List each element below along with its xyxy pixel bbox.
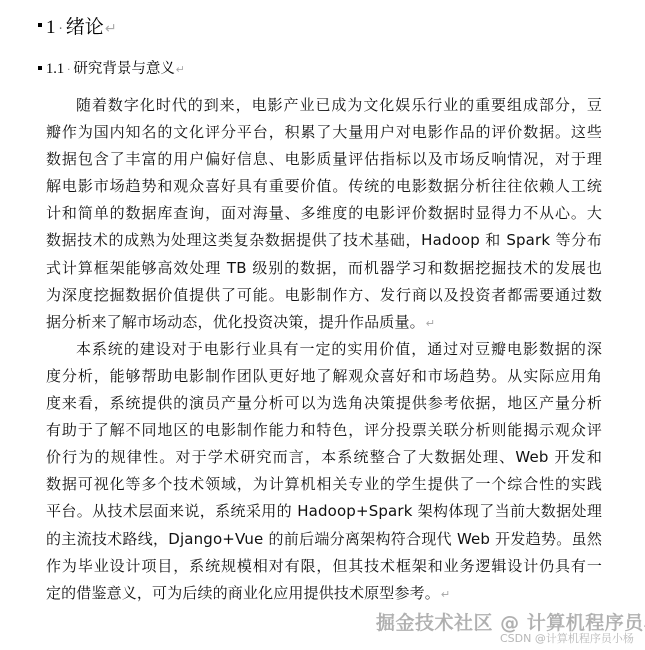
text-line: 瓣作为国内知名的文化评分平台，积累了大量用户对电影作品的评价数据。这些 [46,119,602,146]
paragraph-mark-icon: ↵ [105,21,117,37]
text-line: 平台。从技术层面来说，系统采用的 Hadoop+Spark 架构体现了当前大数据… [46,498,602,525]
text-line: 为深度挖掘数据价值提供了可能。电影制作方、发行商以及投资者都需要通过数 [46,282,602,309]
text-line: 计和简单的数据库查询，面对海量、多维度的电影评价数据时显得力不从心。大 [46,200,602,227]
watermark-csdn: CSDN @计算机程序员小杨 [500,630,634,646]
heading-1-title: 绪论 [66,16,104,38]
text-line: 数据包含了丰富的用户偏好信息、电影质量评估指标以及市场反响情况，对于理 [46,146,602,173]
text-line: 式计算框架能够高效处理 TB 级别的数据，而机器学习和数据挖掘技术的发展也 [46,255,602,282]
paragraph-mark-icon: ↵ [176,63,185,76]
text-line: 随着数字化时代的到来，电影产业已成为文化娱乐行业的重要组成部分，豆 [46,92,602,119]
text-line-last: 据分析来了解市场动态，优化投资决策，提升作品质量。↵ [46,309,602,336]
text-line: 度分析，能够帮助电影制作团队更好地了解观众喜好和市场趋势。从实际应用角 [46,363,602,390]
heading-2-number: 1.1 [46,61,64,77]
document-page: 1·绪论↵ 1.1·研究背景与意义↵ 随着数字化时代的到来，电影产业已成为文化娱… [0,0,645,650]
text-line: 本系统的建设对于电影行业具有一定的实用价值，通过对豆瓣电影数据的深 [46,336,602,363]
text-line: 度来看，系统提供的演员产量分析可以为选角决策提供参考依据，地区产量分析 [46,390,602,417]
heading-2: 1.1·研究背景与意义↵ [38,58,185,82]
heading-bullet-icon [38,23,42,27]
text-line: 有助于了解不同地区的电影制作能力和特色，评分投票关联分析则能揭示观众评 [46,417,602,444]
text-line: 价行为的规律性。对于学术研究而言，本系统整合了大数据处理、Web 开发和 [46,444,602,471]
text-line: 数据可视化等多个技术领域，为计算机相关专业的学生提供了一个综合性的实践 [46,471,602,498]
body-text: 随着数字化时代的到来，电影产业已成为文化娱乐行业的重要组成部分，豆 瓣作为国内知… [46,92,602,607]
paragraph-mark-icon: ↵ [441,588,451,601]
heading-1: 1·绪论↵ [38,14,117,43]
paragraph-mark-icon: ↵ [426,317,436,330]
text-line: 作为毕业设计项目，系统规模相对有限，但其技术框架和业务逻辑设计仍具有一 [46,553,602,580]
heading-1-number: 1 [46,17,56,38]
heading-bullet-icon [38,66,42,70]
text-line: 解电影市场趋势和观众喜好具有重要价值。传统的电影数据分析往往依赖人工统 [46,173,602,200]
text-line: 的主流技术路线，Django+Vue 的前后端分离架构符合现代 Web 开发趋势… [46,526,602,553]
text-line-last: 定的借鉴意义，可为后续的商业化应用提供技术原型参考。↵ [46,580,602,607]
text-line: 数据技术的成熟为处理这类复杂数据提供了技术基础，Hadoop 和 Spark 等… [46,227,602,254]
heading-2-title: 研究背景与意义 [73,61,175,77]
